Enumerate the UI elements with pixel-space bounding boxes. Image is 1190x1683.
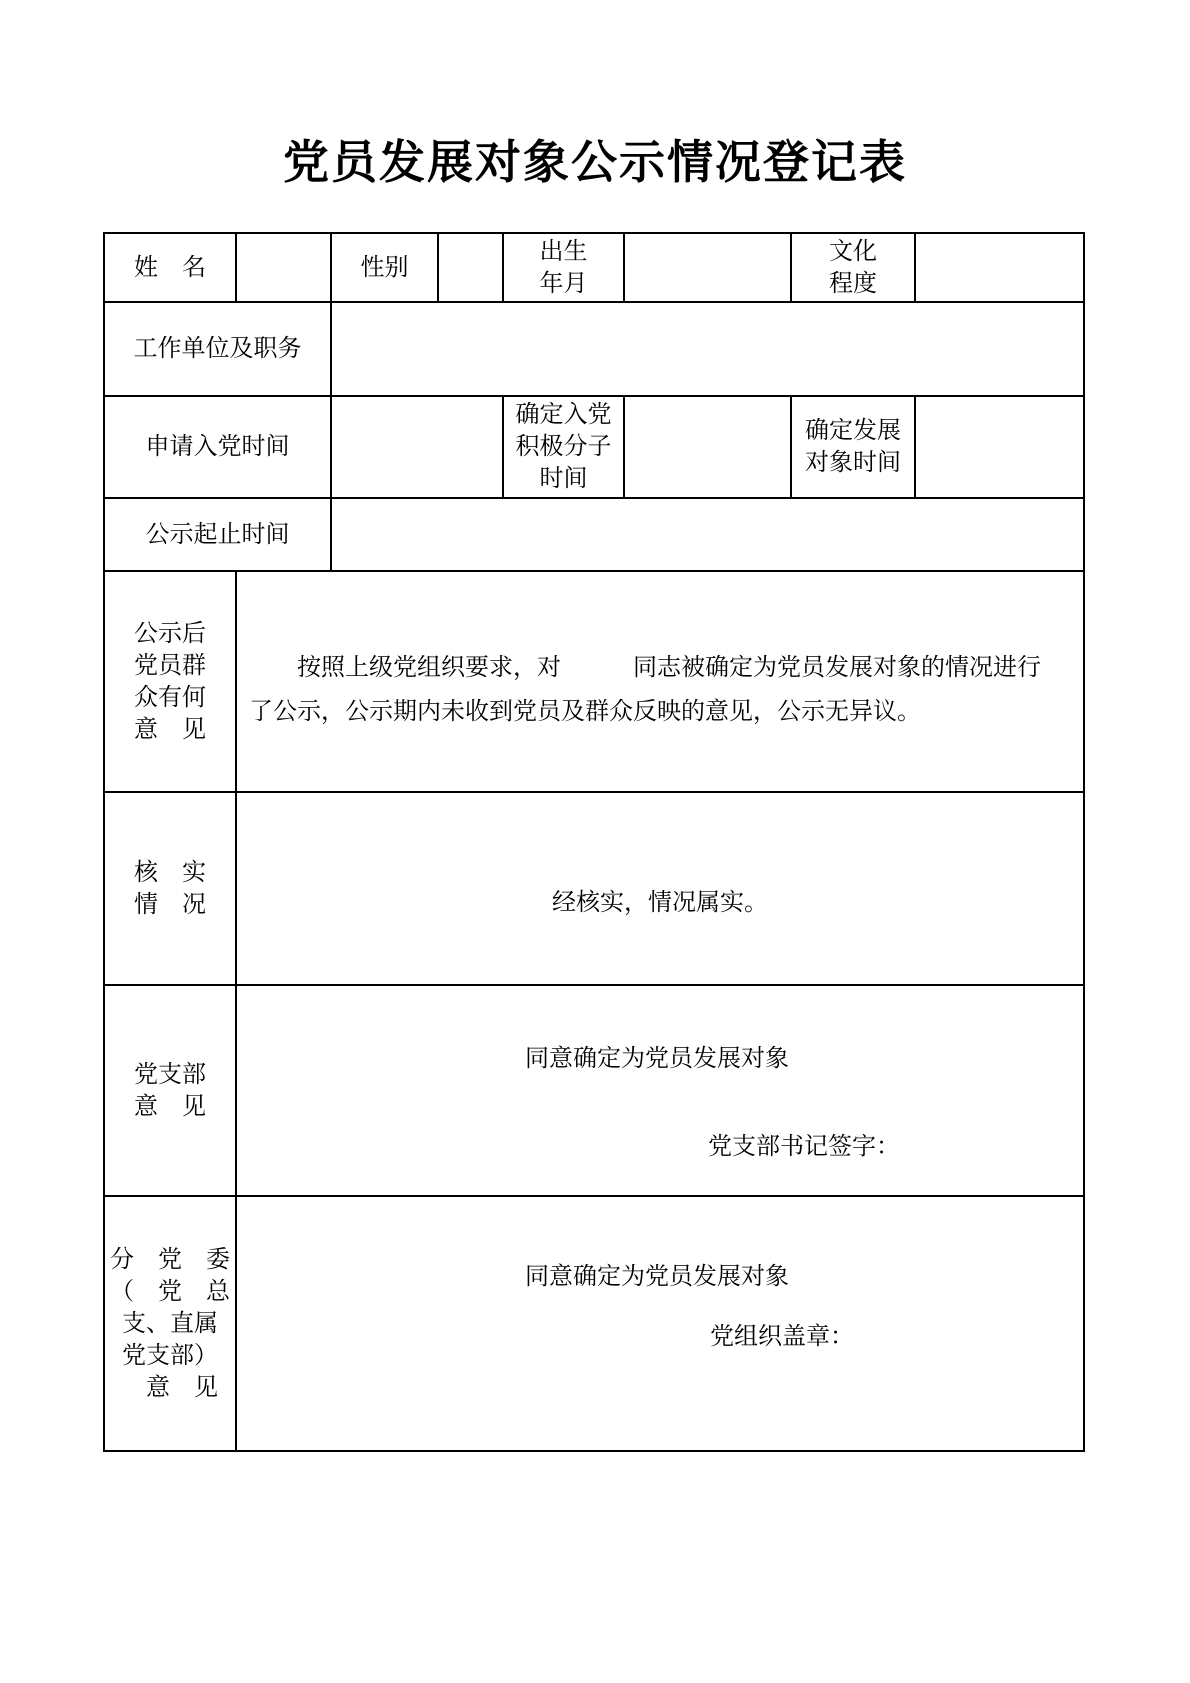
education-label: 文化 程度 — [791, 233, 915, 302]
gender-input-cell[interactable] — [438, 233, 503, 302]
opinion-text-line2: 了公示，公示期内未收到党员及群众反映的意见，公示无异议。 — [249, 690, 1071, 734]
notice-period-label: 公示起止时间 — [104, 498, 331, 571]
row-verification: 核 实 情 况 经核实，情况属实。 — [104, 792, 1084, 985]
work-unit-label: 工作单位及职务 — [104, 302, 331, 396]
verification-text: 经核实，情况属实。 — [237, 887, 1083, 919]
row-notice-period: 公示起止时间 — [104, 498, 1084, 571]
committee-agree-text: 同意确定为党员发展对象 — [525, 1260, 789, 1294]
birth-date-input-cell[interactable] — [624, 233, 791, 302]
row-basic-info: 姓 名 性别 出生 年月 文化 程度 — [104, 233, 1084, 302]
row-committee-opinion: 分 党 委 （ 党 总 支、直属 党支部） 意 见 同意确定为党员发展对象 党组… — [104, 1196, 1084, 1451]
verification-content-cell: 经核实，情况属实。 — [236, 792, 1084, 985]
apply-time-label: 申请入党时间 — [104, 396, 331, 498]
row-public-opinion: 公示后 党员群 众有何 意 见 按照上级党组织要求，对 同志被确定为党员发展对象… — [104, 571, 1084, 792]
org-seal-label: 党组织盖章： — [710, 1320, 854, 1354]
row-branch-opinion: 党支部 意 见 同意确定为党员发展对象 党支部书记签字： — [104, 985, 1084, 1196]
work-unit-input-cell[interactable] — [331, 302, 1084, 396]
opinion-text-line1: 按照上级党组织要求，对 同志被确定为党员发展对象的情况进行 — [249, 646, 1071, 690]
branch-secretary-signature-label: 党支部书记签字： — [708, 1130, 900, 1164]
branch-opinion-label: 党支部 意 见 — [104, 985, 236, 1196]
gender-label: 性别 — [331, 233, 438, 302]
education-input-cell[interactable] — [915, 233, 1084, 302]
candidate-time-input-cell[interactable] — [915, 396, 1084, 498]
committee-opinion-label: 分 党 委 （ 党 总 支、直属 党支部） 意 见 — [104, 1196, 236, 1451]
row-party-times: 申请入党时间 确定入党 积极分子 时间 确定发展 对象时间 — [104, 396, 1084, 498]
branch-agree-text: 同意确定为党员发展对象 — [525, 1042, 789, 1076]
activist-time-label: 确定入党 积极分子 时间 — [503, 396, 624, 498]
candidate-time-label: 确定发展 对象时间 — [791, 396, 915, 498]
registration-form-table: 姓 名 性别 出生 年月 文化 程度 工作单位及职务 申请入党时间 确定入党 积… — [103, 232, 1085, 1452]
page-title: 党员发展对象公示情况登记表 — [0, 126, 1190, 192]
notice-period-input-cell[interactable] — [331, 498, 1084, 571]
apply-time-input-cell[interactable] — [331, 396, 503, 498]
document-page: 党员发展对象公示情况登记表 姓 名 性别 出生 年月 文化 程度 工作单位及职务 — [0, 0, 1190, 1683]
public-opinion-text: 按照上级党组织要求，对 同志被确定为党员发展对象的情况进行 了公示，公示期内未收… — [249, 646, 1071, 734]
birth-date-label: 出生 年月 — [503, 233, 624, 302]
name-input-cell[interactable] — [236, 233, 331, 302]
name-label: 姓 名 — [104, 233, 236, 302]
verification-label: 核 实 情 况 — [104, 792, 236, 985]
committee-opinion-content-cell: 同意确定为党员发展对象 党组织盖章： — [236, 1196, 1084, 1451]
public-opinion-label: 公示后 党员群 众有何 意 见 — [104, 571, 236, 792]
public-opinion-content-cell: 按照上级党组织要求，对 同志被确定为党员发展对象的情况进行 了公示，公示期内未收… — [236, 571, 1084, 792]
row-work-unit: 工作单位及职务 — [104, 302, 1084, 396]
activist-time-input-cell[interactable] — [624, 396, 791, 498]
branch-opinion-content-cell: 同意确定为党员发展对象 党支部书记签字： — [236, 985, 1084, 1196]
